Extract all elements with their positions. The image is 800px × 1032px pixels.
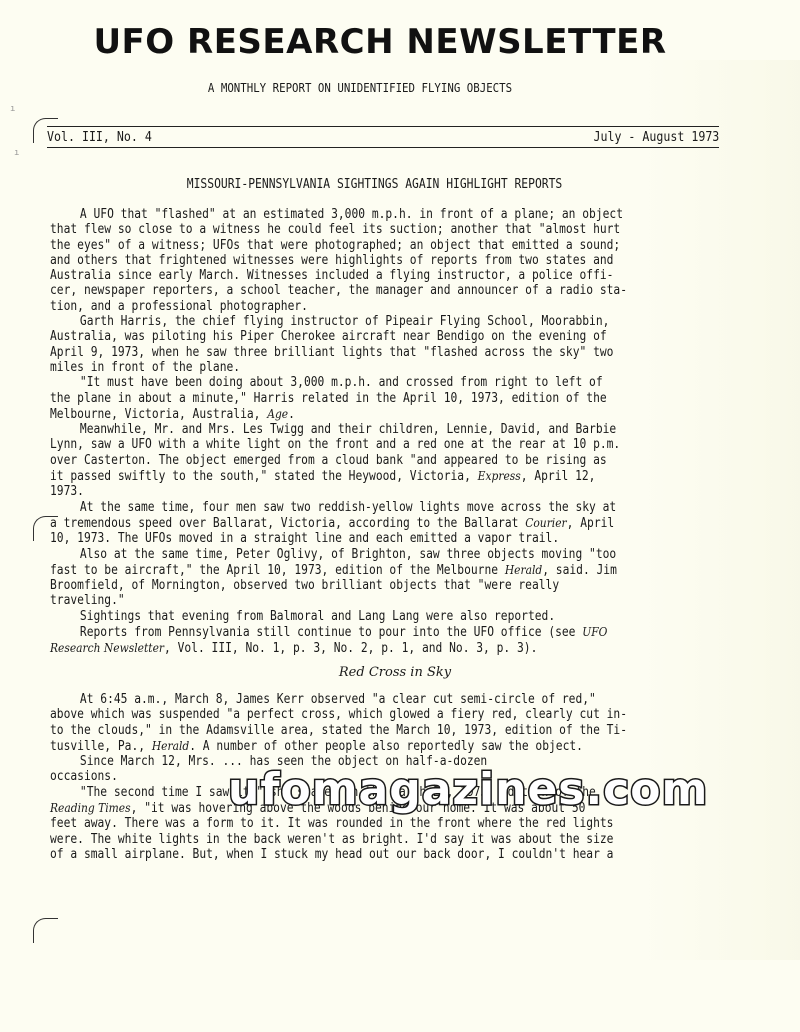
text-line: At the same time, four men saw two reddi… <box>50 500 640 515</box>
text-line: Reports from Pennsylvania still continue… <box>50 624 640 640</box>
publication-name: Research Newsletter <box>50 640 164 655</box>
issue-bar: Vol. III, No. 4 July - August 1973 <box>47 126 719 148</box>
text-line: Australia, was piloting his Piper Cherok… <box>50 329 640 344</box>
text-line: Meanwhile, Mr. and Mrs. Les Twigg and th… <box>50 422 640 437</box>
text-line: Garth Harris, the chief flying instructo… <box>50 314 640 329</box>
publication-name: Herald <box>505 562 542 577</box>
margin-mark: ı <box>10 104 15 114</box>
text-line: of a small airplane. But, when I stuck m… <box>50 847 640 862</box>
text-line: "It must have been doing about 3,000 m.p… <box>50 375 640 390</box>
text-line: miles in front of the plane. <box>50 360 640 375</box>
text-line: Melbourne, Victoria, Australia, Age. <box>50 406 640 422</box>
text-line: the plane in about a minute," Harris rel… <box>50 391 640 406</box>
margin-mark: ı <box>14 148 19 158</box>
text-line: feet away. There was a form to it. It wa… <box>50 816 640 831</box>
text-line: Research Newsletter, Vol. III, No. 1, p.… <box>50 640 640 656</box>
text-line: 10, 1973. The UFOs moved in a straight l… <box>50 531 640 546</box>
text-line: to the clouds," in the Adamsville area, … <box>50 723 640 738</box>
newsletter-title: UFO RESEARCH NEWSLETTER <box>0 22 760 62</box>
text-line: Also at the same time, Peter Oglivy, of … <box>50 547 640 562</box>
text-line: above which was suspended "a perfect cro… <box>50 707 640 722</box>
newsletter-page: ı ı UFO RESEARCH NEWSLETTER A MONTHLY RE… <box>0 0 800 1032</box>
text-line: over Casterton. The object emerged from … <box>50 453 640 468</box>
text-line: and others that frightened witnesses wer… <box>50 253 640 268</box>
text-line: fast to be aircraft," the April 10, 1973… <box>50 562 640 578</box>
article-headline: MISSOURI-PENNSYLVANIA SIGHTINGS AGAIN HI… <box>0 176 750 192</box>
text-line: it passed swiftly to the south," stated … <box>50 468 640 484</box>
text-line: Lynn, saw a UFO with a white light on th… <box>50 437 640 452</box>
publication-name: Age <box>267 406 288 421</box>
text-line: At 6:45 a.m., March 8, James Kerr observ… <box>50 692 640 707</box>
section-subhead: Red Cross in Sky <box>50 665 740 680</box>
publication-name: Courier <box>525 515 566 530</box>
text-line: cer, newspaper reporters, a school teach… <box>50 283 640 298</box>
publication-name: Herald <box>152 738 189 753</box>
text-line: tion, and a professional photographer. <box>50 299 640 314</box>
publication-name: Express <box>478 468 521 483</box>
text-line: Sightings that evening from Balmoral and… <box>50 609 640 624</box>
volume-number: Vol. III, No. 4 <box>47 127 152 147</box>
watermark: ufomagazines.com <box>228 764 708 815</box>
text-line: April 9, 1973, when he saw three brillia… <box>50 345 640 360</box>
article-section-1: A UFO that "flashed" at an estimated 3,0… <box>50 207 740 657</box>
issue-date: July - August 1973 <box>593 127 719 147</box>
text-line: a tremendous speed over Ballarat, Victor… <box>50 515 640 531</box>
text-line: Australia since early March. Witnesses i… <box>50 268 640 283</box>
text-line: tusville, Pa., Herald. A number of other… <box>50 738 640 754</box>
text-line: that flew so close to a witness he could… <box>50 222 640 237</box>
text-line: 1973. <box>50 484 640 499</box>
text-line: were. The white lights in the back weren… <box>50 832 640 847</box>
text-line: traveling." <box>50 593 640 608</box>
text-line: A UFO that "flashed" at an estimated 3,0… <box>50 207 640 222</box>
punch-hole-mark-bottom <box>33 918 58 943</box>
publication-name: Reading Times <box>50 800 131 815</box>
newsletter-subtitle: A MONTHLY REPORT ON UNIDENTIFIED FLYING … <box>50 80 669 95</box>
publication-name: UFO <box>582 624 607 639</box>
text-line: the eyes" of a witness; UFOs that were p… <box>50 238 640 253</box>
text-line: Broomfield, of Mornington, observed two … <box>50 578 640 593</box>
